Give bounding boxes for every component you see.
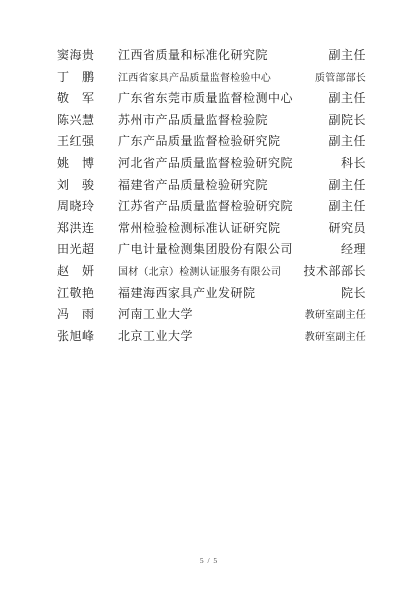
roster-row: 姚 博 河北省产品质量监督检验研究院 科长 <box>57 154 366 176</box>
roster-row: 田光超 广电计量检测集团股份有限公司 经理 <box>57 240 366 262</box>
person-name: 王红强 <box>57 132 103 149</box>
document-page: 窦海贵 江西省质量和标准化研究院 副主任 丁 鹏 江西省家具产品质量监督检验中心… <box>0 0 418 594</box>
person-name: 丁 鹏 <box>57 68 103 85</box>
organization: 广东产品质量监督检验研究院 <box>118 132 281 149</box>
roster-row: 冯 雨 河南工业大学 教研室副主任 <box>57 305 366 327</box>
person-name: 田光超 <box>57 240 103 257</box>
organization: 江西省质量和标准化研究院 <box>118 46 268 63</box>
person-name: 张旭峰 <box>57 327 103 344</box>
organization: 福建海西家具产业发研院 <box>118 284 256 301</box>
job-title: 副主任 <box>268 176 366 193</box>
job-title: 副主任 <box>293 197 366 214</box>
job-title: 科长 <box>293 154 366 171</box>
roster-row: 周晓玲 江苏省产品质量监督检验研究院 副主任 <box>57 197 366 219</box>
organization: 江西省家具产品质量监督检验中心 <box>118 69 271 84</box>
person-name: 窦海贵 <box>57 46 103 63</box>
job-title: 副主任 <box>293 89 366 106</box>
person-name: 郑洪连 <box>57 219 103 236</box>
job-title: 院长 <box>256 284 366 301</box>
person-name: 周晓玲 <box>57 197 103 214</box>
organization: 苏州市产品质量监督检验院 <box>118 111 268 128</box>
roster-row: 敬 军 广东省东莞市质量监督检测中心 副主任 <box>57 89 366 111</box>
job-title: 教研室副主任 <box>193 328 366 343</box>
person-name: 赵 妍 <box>57 262 103 279</box>
person-name: 刘 骏 <box>57 176 103 193</box>
job-title: 技术部部长 <box>281 262 366 279</box>
organization: 河北省产品质量监督检验研究院 <box>118 154 293 171</box>
organization: 福建省产品质量检验研究院 <box>118 176 268 193</box>
roster-row: 王红强 广东产品质量监督检验研究院 副主任 <box>57 132 366 154</box>
roster-row: 刘 骏 福建省产品质量检验研究院 副主任 <box>57 176 366 198</box>
organization: 广东省东莞市质量监督检测中心 <box>118 89 293 106</box>
person-name: 江敬艳 <box>57 284 103 301</box>
job-title: 副主任 <box>281 132 366 149</box>
organization: 河南工业大学 <box>118 305 193 322</box>
roster-row: 丁 鹏 江西省家具产品质量监督检验中心 质管部部长 <box>57 68 366 90</box>
organization: 北京工业大学 <box>118 327 193 344</box>
organization: 常州检验检测标准认证研究院 <box>118 219 281 236</box>
roster-row: 窦海贵 江西省质量和标准化研究院 副主任 <box>57 46 366 68</box>
job-title: 副主任 <box>268 46 366 63</box>
personnel-roster: 窦海贵 江西省质量和标准化研究院 副主任 丁 鹏 江西省家具产品质量监督检验中心… <box>57 46 366 348</box>
person-name: 敬 军 <box>57 89 103 106</box>
roster-row: 郑洪连 常州检验检测标准认证研究院 研究员 <box>57 219 366 241</box>
organization: 广电计量检测集团股份有限公司 <box>118 240 293 257</box>
job-title: 副院长 <box>268 111 366 128</box>
page-number: 5 / 5 <box>0 556 418 565</box>
roster-row: 陈兴慧 苏州市产品质量监督检验院 副院长 <box>57 111 366 133</box>
roster-row: 赵 妍 国材（北京）检测认证服务有限公司 技术部部长 <box>57 262 366 284</box>
person-name: 陈兴慧 <box>57 111 103 128</box>
person-name: 姚 博 <box>57 154 103 171</box>
person-name: 冯 雨 <box>57 305 103 322</box>
job-title: 经理 <box>293 240 366 257</box>
roster-row: 张旭峰 北京工业大学 教研室副主任 <box>57 327 366 349</box>
organization: 江苏省产品质量监督检验研究院 <box>118 197 293 214</box>
job-title: 质管部部长 <box>271 69 366 84</box>
job-title: 研究员 <box>281 219 366 236</box>
roster-row: 江敬艳 福建海西家具产业发研院 院长 <box>57 284 366 306</box>
organization: 国材（北京）检测认证服务有限公司 <box>118 263 281 278</box>
job-title: 教研室副主任 <box>193 306 366 321</box>
